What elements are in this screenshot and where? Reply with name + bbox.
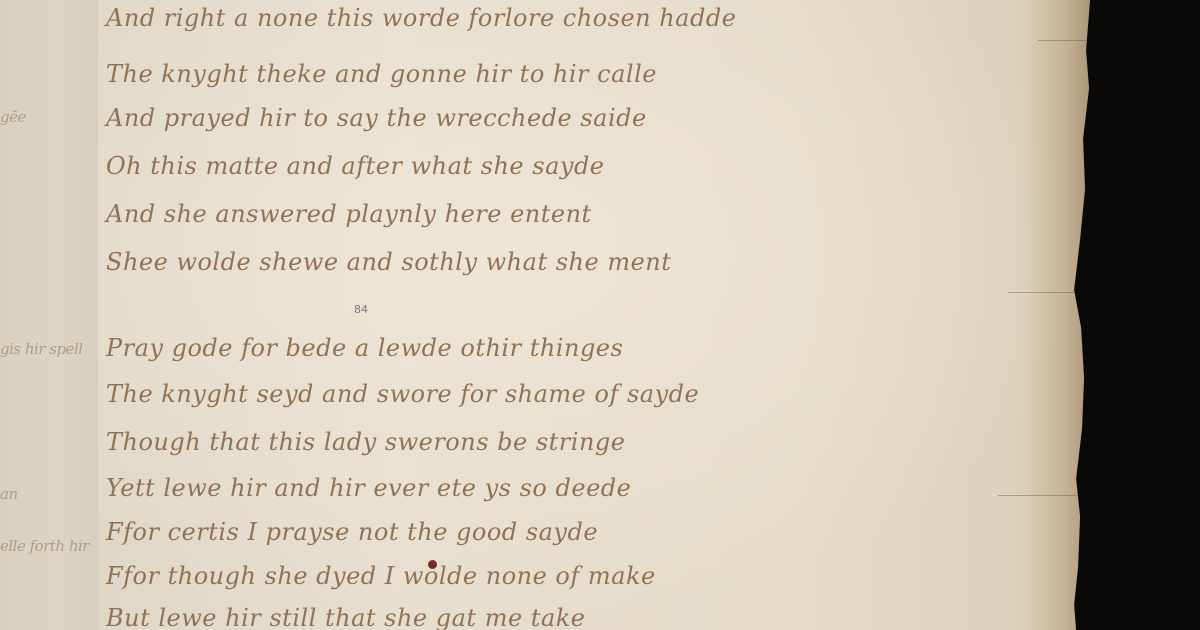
edge-stain	[1024, 0, 1094, 630]
facing-page-strip: gĕe gis hir spell an elle forth hir	[0, 0, 100, 630]
red-ink-dot	[428, 560, 437, 569]
margin-note: gĕe	[0, 108, 26, 126]
margin-note: gis hir spell	[0, 340, 83, 358]
folio-number: 84	[354, 303, 368, 316]
text-line: The knyght theke and gonne hir to hir ca…	[106, 60, 657, 88]
text-line: The knyght seyd and swore for shame of s…	[106, 380, 699, 408]
text-line: Pray gode for bede a lewde othir thinges	[106, 334, 623, 362]
text-line: And she answered playnly here entent	[106, 200, 592, 228]
text-line: And right a none this worde forlore chos…	[106, 4, 736, 32]
crease	[1008, 292, 1088, 293]
manuscript-photo: gĕe gis hir spell an elle forth hir And…	[0, 0, 1200, 630]
text-line: Ffor though she dyed I wolde none of mak…	[106, 562, 656, 590]
margin-note: elle forth hir	[0, 537, 89, 555]
text-line: Yett lewe hir and hir ever ete ys so dee…	[106, 474, 631, 502]
text-line: Oh this matte and after what she sayde	[106, 152, 605, 180]
crease	[998, 495, 1088, 496]
text-line: Though that this lady swerons be stringe	[106, 428, 625, 456]
manuscript-leaf: And right a none this worde forlore chos…	[98, 0, 1094, 630]
text-line: Ffor certis I prayse not the good sayde	[106, 518, 598, 546]
crease	[1038, 40, 1088, 41]
text-line: But lewe hir still that she gat me take	[106, 604, 586, 630]
text-line: And prayed hir to say the wrecchede said…	[106, 104, 647, 132]
text-line: Shee wolde shewe and sothly what she men…	[106, 248, 671, 276]
margin-note: an	[0, 485, 18, 503]
